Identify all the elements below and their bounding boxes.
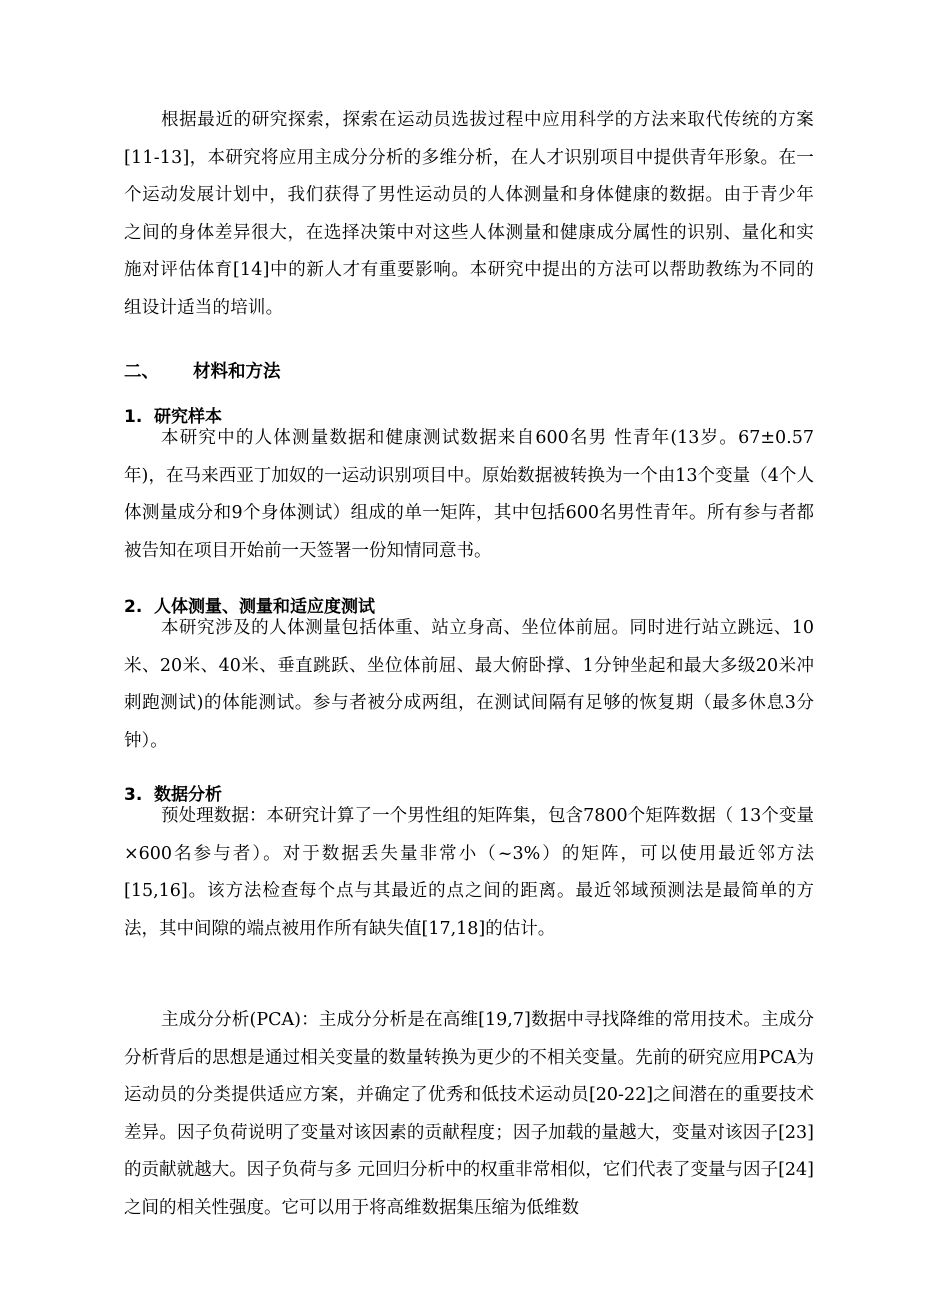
section-number: 二、 bbox=[124, 358, 193, 383]
intro-paragraph: 根据最近的研究探索，探索在运动员选拔过程中应用科学的方法来取代传统的方案[11-… bbox=[124, 102, 814, 327]
sample-paragraph: 本研究中的人体测量数据和健康测试数据来自600名男 性青年(13岁。67±0.5… bbox=[124, 420, 814, 570]
document-page: 根据最近的研究探索，探索在运动员选拔过程中应用科学的方法来取代传统的方案[11-… bbox=[0, 0, 926, 1309]
preprocessing-paragraph: 预处理数据：本研究计算了一个男性组的矩阵集，包含7800个矩阵数据（ 13个变量… bbox=[124, 798, 814, 948]
anthropometry-paragraph: 本研究涉及的人体测量包括体重、站立身高、坐位体前屈。同时进行站立跳远、10米、2… bbox=[124, 610, 814, 760]
pca-paragraph: 主成分分析(PCA)：主成分分析是在高维[19,7]数据中寻找降维的常用技术。主… bbox=[124, 1002, 814, 1227]
section-title: 材料和方法 bbox=[193, 362, 281, 382]
section-heading-materials-methods: 二、材料和方法 bbox=[124, 358, 281, 383]
